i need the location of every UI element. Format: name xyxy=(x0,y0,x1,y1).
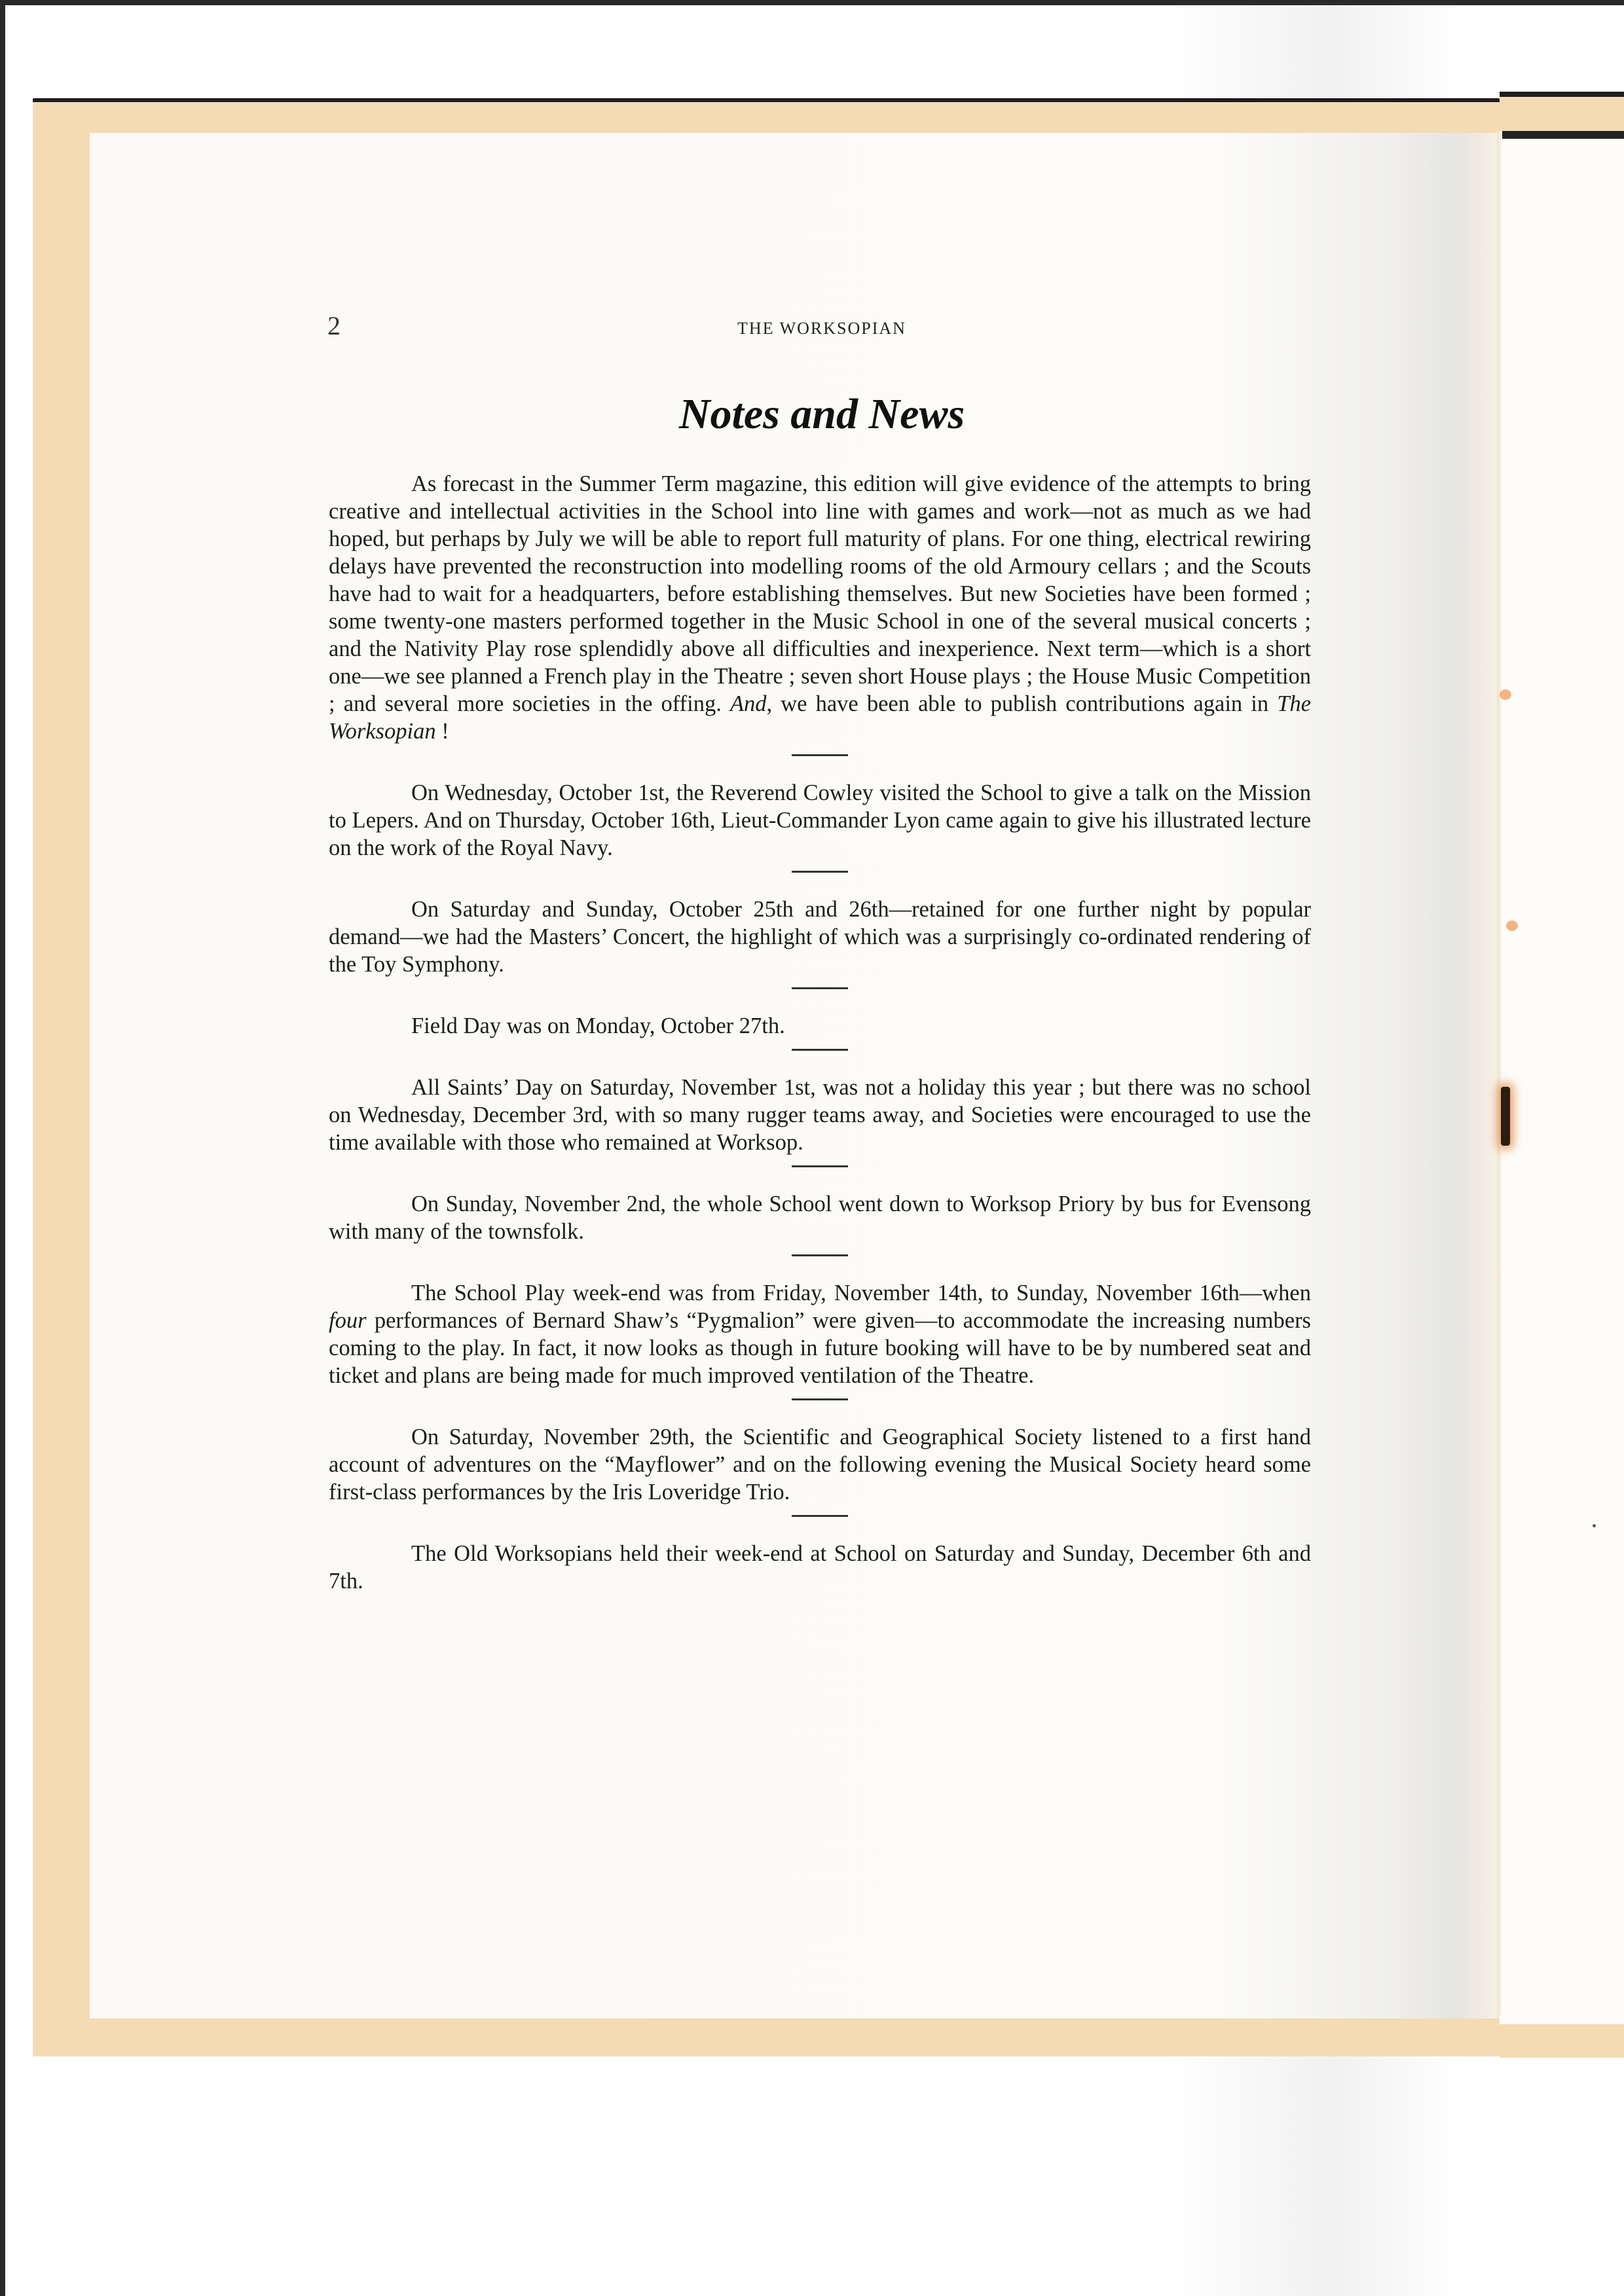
article-body: As forecast in the Summer Term magazine,… xyxy=(329,470,1311,1595)
paragraph-field-day: Field Day was on Monday, October 27th. xyxy=(329,1012,1311,1040)
section-divider xyxy=(792,754,848,756)
section-divider xyxy=(792,987,848,989)
section-divider xyxy=(792,1398,848,1400)
paragraph-masters-concert: On Saturday and Sunday, October 25th and… xyxy=(329,896,1311,978)
paragraph-priory: On Sunday, November 2nd, the whole Schoo… xyxy=(329,1190,1311,1245)
text-run: As forecast in the Summer Term magazine,… xyxy=(329,471,1311,716)
scan-top-edge xyxy=(0,0,1624,5)
paragraph-old-worksopians: The Old Worksopians held their week-end … xyxy=(329,1540,1311,1595)
rust-spot xyxy=(1500,689,1511,700)
section-divider xyxy=(792,1049,848,1051)
section-divider xyxy=(792,871,848,873)
paragraph-visits: On Wednesday, October 1st, the Reverend … xyxy=(329,779,1311,862)
paragraph-societies: On Saturday, November 29th, the Scientif… xyxy=(329,1423,1311,1506)
emphasis-and: And xyxy=(730,691,767,716)
text-run: performances of Bernard Shaw’s “Pygmalio… xyxy=(329,1308,1311,1388)
section-divider xyxy=(792,1515,848,1517)
paragraph-all-saints: All Saints’ Day on Saturday, November 1s… xyxy=(329,1074,1311,1156)
speck xyxy=(1593,1524,1596,1527)
emphasis-four: four xyxy=(329,1308,367,1333)
text-run: ! xyxy=(436,719,449,744)
rust-spot xyxy=(1506,920,1518,931)
staple-icon xyxy=(1501,1087,1510,1146)
paragraph-intro: As forecast in the Summer Term magazine,… xyxy=(329,470,1311,745)
text-run: , we have been able to publish contribut… xyxy=(767,691,1278,716)
running-head: THE WORKSOPIAN xyxy=(0,319,1624,338)
text-run: The School Play week-end was from Friday… xyxy=(411,1281,1311,1305)
section-divider xyxy=(792,1165,848,1167)
article-title: Notes and News xyxy=(0,390,1624,439)
paragraph-school-play: The School Play week-end was from Friday… xyxy=(329,1279,1311,1389)
section-divider xyxy=(792,1254,848,1256)
scan-left-edge xyxy=(0,0,5,2296)
